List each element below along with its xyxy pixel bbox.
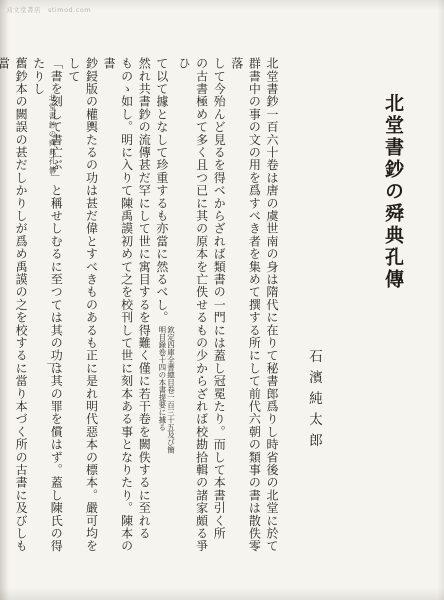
article-body: 北堂書鈔一百六十卷は唐の虞世南の身は隋代に在りて秘書郎爲りし時省後の北堂に於て … [0,57,280,554]
body-column: して今殆んど見るを得べからざれば類書の一門には蓋し冠冕たり。而して本書引く所 [210,57,228,554]
body-column: て以て據となして珍重するも亦當に然るべし。欽定四庫全書總目卷一百三十五及び簡明目… [152,57,174,554]
body-column: 群書中の事の文の用を爲すべき者を集めて撰する所にして前代六朝の類事の書は散佚零落 [227,57,262,554]
citation-note: 欽定四庫全書總目卷一百三十五及び簡明目錄卷十四の本書提要に據る [157,326,174,454]
citation-note-line: 欽定四庫全書總目卷一百三十五及び簡 [166,326,175,454]
citation-note-line: 明目錄卷十四の本書提要に據る [157,326,166,454]
author-name: 石濱純太郎 [304,349,324,454]
body-column-text: して今殆んど見るを得べからざれば類書の一門には蓋し冠冕たり。而して本書引く所 [212,57,226,540]
page-title: 北堂書鈔の舜典孔傳 [380,93,406,291]
body-column-text: ものゝ如し。明に入りて陳禹謨初めて之を校刊して世に刻本ある事となりたり。陳本の書 [102,57,134,552]
body-column: ものゝ如し。明に入りて陳禹謨初めて之を校刊して世に刻本ある事となりたり。陳本の書 [99,57,134,554]
scanned-article-page: 刈文堂書店 stimod.com 北堂書鈔の舜典孔傳 石濱純太郎 北堂書鈔一百六… [0,0,444,600]
body-column-text: 北堂書鈔一百六十卷は唐の虞世南の身は隋代に在りて秘書郎爲りし時省後の北堂に於て [265,57,279,552]
running-title: 北堂書鈔の舜典孔傳 [47,94,58,175]
body-column-text: 群書中の事の文の用を爲すべき者を集めて撰する所にして前代六朝の類事の書は散佚零落 [230,57,262,552]
body-column: 然れ共書鈔の流傳甚だ罕にして世に寓目するを得難く僅に若干卷を闕佚するに至れる [135,57,153,554]
body-column: 舊鈔本の闕誤の甚だしかりしが爲め禹謨の之を校するに當り本づく所の古書に及びしも當 [0,57,29,554]
body-column-text: 鈔鋟版の權輿たるの功は甚だ偉とすべきものあるも正に是れ明代惡本の標本。嚴可均をし… [67,57,99,552]
body-column-text: 舊鈔本の闕誤の甚だしかりしが爲め禹謨の之を校するに當り本づく所の古書に及びしも當 [0,57,28,552]
body-column: 鈔鋟版の權輿たるの功は甚だ偉とすべきものあるも正に是れ明代惡本の標本。嚴可均をし… [64,57,99,554]
body-column: の古書極めて多く且つ已に其の原本を亡佚せるもの少からざれば校勘拾輯の諸家頗る爭ひ [174,57,209,554]
body-column: 北堂書鈔一百六十卷は唐の虞世南の身は隋代に在りて秘書郎爲りし時省後の北堂に於て [262,57,280,554]
body-column-text: の古書極めて多く且つ已に其の原本を亡佚せるもの少からざれば校勘拾輯の諸家頗る爭ひ [177,57,209,552]
body-column-text: て以て據となして珍重するも亦當に然るべし。 [155,57,169,324]
scan-watermark: 刈文堂書店 stimod.com [6,5,91,14]
page-number: 一 [44,358,61,370]
body-column-text: 然れ共書鈔の流傳甚だ罕にして世に寓目するを得難く僅に若干卷を闕佚するに至れる [137,57,151,540]
